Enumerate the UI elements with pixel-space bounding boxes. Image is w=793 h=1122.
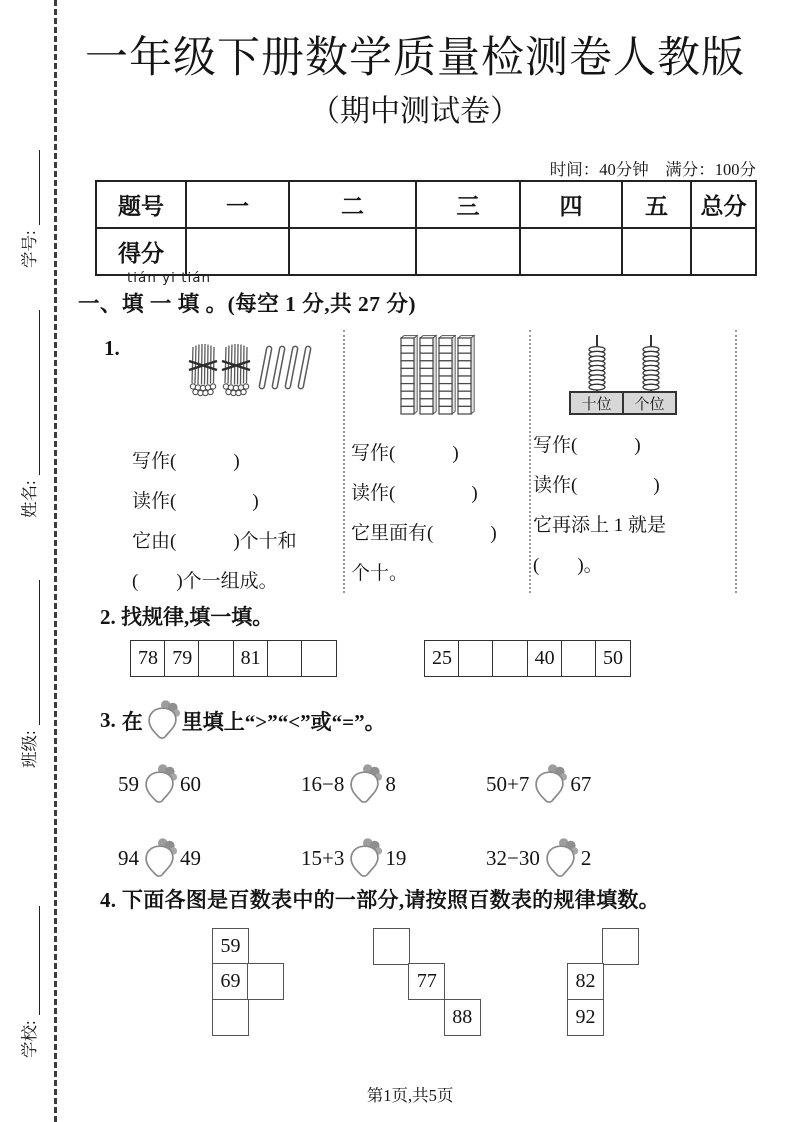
seal-field-label: 学号: <box>16 230 40 268</box>
strip-cell-blank <box>458 640 494 677</box>
comparison-right-value: 19 <box>385 846 406 871</box>
radish-circle-icon <box>144 698 181 743</box>
tens-place-label: 十位 <box>569 391 624 415</box>
radish-circle-icon <box>531 762 568 807</box>
page-subtitle: （期中测试卷） <box>60 86 770 130</box>
page-title: 一年级下册数学质量检测卷人教版 <box>60 24 770 85</box>
time-and-score-info: 时间：40分钟 满分：100分 <box>400 156 756 180</box>
radish-circle-icon <box>141 836 178 881</box>
comparison-item: 5960 <box>118 758 301 810</box>
strip-cell-blank <box>198 640 234 677</box>
comparison-left-value: 94 <box>118 846 139 871</box>
question-2-text: 找规律,填一填。 <box>121 605 273 629</box>
seal-field-student-number: 学号: <box>16 150 40 268</box>
write-line <box>27 310 40 475</box>
grid-cell-filled: 82 <box>567 963 604 1000</box>
fill-line: 它再添上 1 就是 <box>533 506 735 546</box>
grid-cell-blank <box>212 999 249 1036</box>
comparison-item: 15+319 <box>301 832 486 884</box>
score-row-label: 得分 <box>96 228 186 275</box>
strip-cell-filled: 25 <box>424 640 460 677</box>
comparison-item: 9449 <box>118 832 301 884</box>
seal-field-label: 姓名: <box>16 480 40 518</box>
score-header-cell: 二 <box>289 181 416 228</box>
question-1-block: 写作( ) 读作( ) 它由( )个十和 ( )个一组成。 写作( ) 读作( … <box>105 330 737 593</box>
seal-field-label: 班级: <box>16 730 40 768</box>
strip-cell-filled: 50 <box>595 640 631 677</box>
number-strip-2: 254050 <box>424 640 631 677</box>
strip-cell-filled: 40 <box>527 640 563 677</box>
score-header-cell: 一 <box>186 181 289 228</box>
strip-cell-filled: 81 <box>233 640 269 677</box>
fill-line: 写作( ) <box>132 442 343 482</box>
question-2-number: 2. <box>100 605 116 629</box>
score-blank-cell <box>416 228 520 275</box>
base-ten-blocks-wrap <box>345 330 529 426</box>
grid-cell-blank <box>602 928 639 965</box>
page-footer: 第1页,共5页 <box>60 1082 760 1106</box>
radish-circle-icon <box>346 836 383 881</box>
comparison-right-value: 2 <box>581 846 592 871</box>
comparison-item: 16−88 <box>301 758 486 810</box>
comparison-right-value: 67 <box>570 772 591 797</box>
sticks-image-wrap <box>105 330 343 434</box>
seal-field-class: 班级: <box>16 580 40 768</box>
fill-line: 写作( ) <box>533 426 735 466</box>
q1-subitem-sticks: 写作( ) 读作( ) 它由( )个十和 ( )个一组成。 <box>105 330 345 593</box>
write-line <box>27 150 40 225</box>
strip-cell-blank <box>267 640 303 677</box>
place-value-abacus: 十位 个位 <box>565 332 683 415</box>
score-table-header-row: 题号 一 二 三 四 五 总分 <box>96 181 756 228</box>
seal-field-label: 学校: <box>16 1020 40 1058</box>
question-2-heading: 2. 找规律,填一填。 <box>100 601 273 631</box>
fill-line: 个十。 <box>351 554 529 594</box>
comparison-left-value: 50+7 <box>486 772 529 797</box>
seal-field-name: 姓名: <box>16 310 40 518</box>
question-3-items: 596016−8850+767944915+31932−302 <box>118 758 736 884</box>
fill-line: 写作( ) <box>351 434 529 474</box>
q1-col2-text: 写作( ) 读作( ) 它里面有( ) 个十。 <box>345 434 529 594</box>
section-pinyin: tián yi tián <box>127 270 211 286</box>
comparison-left-value: 15+3 <box>301 846 344 871</box>
fill-line: ( )。 <box>533 546 735 586</box>
q1-subitem-blocks: 写作( ) 读作( ) 它里面有( ) 个十。 <box>345 330 531 593</box>
strip-cell-blank <box>301 640 337 677</box>
grid-cell-filled: 69 <box>212 963 249 1000</box>
score-header-cell: 总分 <box>691 181 756 228</box>
comparison-left-value: 16−8 <box>301 772 344 797</box>
score-header-cell: 五 <box>622 181 691 228</box>
hundred-chart-fragment-1: 5969 <box>212 928 322 1038</box>
write-line <box>27 580 40 725</box>
grid-cell-filled: 92 <box>567 999 604 1036</box>
number-strip-1: 787981 <box>130 640 337 677</box>
radish-circle-icon <box>542 836 579 881</box>
fill-line: 它由( )个十和 <box>132 522 343 562</box>
ones-place-label: 个位 <box>622 391 677 415</box>
question-3-post-text: 里填上“>”“<”或“=”。 <box>182 706 386 736</box>
grid-cell-filled: 59 <box>212 928 249 965</box>
abacus-base: 十位 个位 <box>569 391 677 415</box>
base-ten-blocks-image <box>393 332 483 418</box>
section-one-heading: 一、填 一 填 。(每空 1 分,共 27 分) <box>78 287 416 318</box>
score-blank-cell <box>289 228 416 275</box>
score-table-score-row: 得分 <box>96 228 756 275</box>
comparison-right-value: 49 <box>180 846 201 871</box>
write-line <box>27 906 40 1015</box>
fill-line: 读作( ) <box>351 474 529 514</box>
test-paper-page: 学号: 姓名: 班级: 学校: 一年级下册数学质量检测卷人教版 （期中测试卷） … <box>0 0 793 1122</box>
fill-line: 读作( ) <box>132 482 343 522</box>
question-4-text: 下面各图是百数表中的一部分,请按照百数表的规律填数。 <box>122 888 660 912</box>
strip-cell-blank <box>561 640 597 677</box>
question-4-number: 4. <box>100 888 116 912</box>
q1-subitem-abacus: 十位 个位 写作( ) 读作( ) 它再添上 1 就是 ( )。 <box>531 330 737 593</box>
seal-field-school: 学校: <box>16 906 40 1058</box>
score-table: 题号 一 二 三 四 五 总分 得分 <box>95 180 757 276</box>
question-4-heading: 4. 下面各图是百数表中的一部分,请按照百数表的规律填数。 <box>100 884 660 914</box>
grid-cell-filled: 88 <box>444 999 481 1036</box>
score-blank-cell <box>622 228 691 275</box>
fill-line: 读作( ) <box>533 466 735 506</box>
fill-line: ( )个一组成。 <box>132 562 343 602</box>
grid-cell-filled: 77 <box>408 963 445 1000</box>
fill-line: 它里面有( ) <box>351 514 529 554</box>
abacus-wrap: 十位 个位 <box>531 330 735 426</box>
q1-col1-text: 写作( ) 读作( ) 它由( )个十和 ( )个一组成。 <box>105 442 343 602</box>
question-3-number: 3. <box>100 708 116 733</box>
radish-circle-icon <box>141 762 178 807</box>
score-header-cell: 题号 <box>96 181 186 228</box>
strip-cell-blank <box>492 640 528 677</box>
score-blank-cell <box>520 228 622 275</box>
score-header-cell: 三 <box>416 181 520 228</box>
hundred-chart-fragment-3: 8292 <box>567 928 677 1038</box>
score-blank-cell <box>691 228 756 275</box>
score-header-cell: 四 <box>520 181 622 228</box>
question-3-pre-text: 在 <box>122 706 143 736</box>
grid-cell-blank <box>373 928 410 965</box>
question-3-heading: 3. 在 里填上“>”“<”或“=”。 <box>100 698 386 743</box>
comparison-item: 50+767 <box>486 758 736 810</box>
seal-dashed-line <box>54 0 57 1122</box>
bundled-sticks-image <box>187 340 325 398</box>
comparison-right-value: 8 <box>385 772 396 797</box>
strip-cell-filled: 79 <box>164 640 200 677</box>
comparison-right-value: 60 <box>180 772 201 797</box>
grid-cell-blank <box>247 963 284 1000</box>
score-blank-cell <box>186 228 289 275</box>
q1-col3-text: 写作( ) 读作( ) 它再添上 1 就是 ( )。 <box>531 426 735 586</box>
radish-circle-icon <box>346 762 383 807</box>
hundred-chart-fragment-2: 7788 <box>373 928 483 1038</box>
strip-cell-filled: 78 <box>130 640 166 677</box>
comparison-item: 32−302 <box>486 832 736 884</box>
abacus-rods-image <box>565 332 683 392</box>
comparison-left-value: 32−30 <box>486 846 540 871</box>
comparison-left-value: 59 <box>118 772 139 797</box>
